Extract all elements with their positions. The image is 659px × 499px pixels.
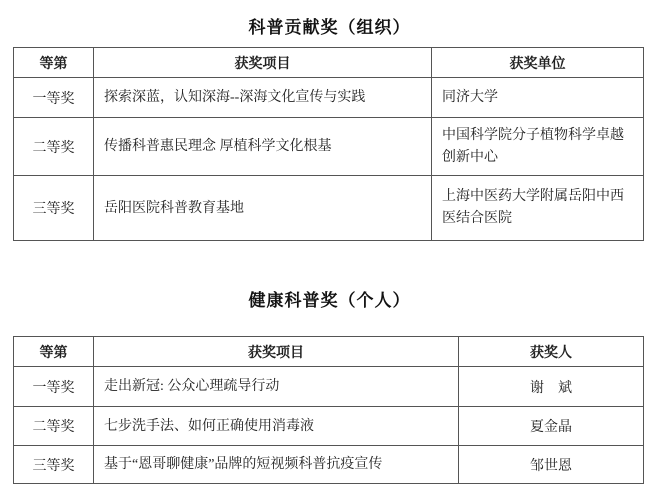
col-header-project: 获奖项目 [94,48,432,78]
person-cell: 谢 斌 [459,367,644,407]
table2-title: 健康科普奖（个人） [0,286,659,311]
rank-cell: 二等奖 [14,407,94,446]
project-cell: 传播科普惠民理念 厚植科学文化根基 [94,118,432,176]
col-header-person: 获奖人 [459,337,644,367]
col-header-project: 获奖项目 [94,337,459,367]
table-row: 三等奖 岳阳医院科普教育基地 上海中医药大学附属岳阳中西医结合医院 [14,176,644,241]
rank-cell: 三等奖 [14,176,94,241]
unit-cell: 中国科学院分子植物科学卓越创新中心 [432,118,644,176]
table2-header-row: 等第 获奖项目 获奖人 [14,337,644,367]
project-cell: 探索深蓝，认知深海--深海文化宣传与实践 [94,78,432,118]
table-row: 三等奖 基于“恩哥聊健康”品牌的短视频科普抗疫宣传 邹世恩 [14,446,644,484]
table-row: 一等奖 走出新冠: 公众心理疏导行动 谢 斌 [14,367,644,407]
col-header-unit: 获奖单位 [432,48,644,78]
unit-cell: 同济大学 [432,78,644,118]
person-cell: 夏金晶 [459,407,644,446]
rank-cell: 三等奖 [14,446,94,484]
col-header-rank: 等第 [14,48,94,78]
project-cell: 走出新冠: 公众心理疏导行动 [94,367,459,407]
person-cell: 邹世恩 [459,446,644,484]
rank-cell: 一等奖 [14,367,94,407]
project-cell: 岳阳医院科普教育基地 [94,176,432,241]
document-page: 科普贡献奖（组织） 等第 获奖项目 获奖单位 一等奖 探索深蓝，认知深海--深海… [0,0,659,499]
table-row: 一等奖 探索深蓝，认知深海--深海文化宣传与实践 同济大学 [14,78,644,118]
table-row: 二等奖 传播科普惠民理念 厚植科学文化根基 中国科学院分子植物科学卓越创新中心 [14,118,644,176]
award-table-individual: 等第 获奖项目 获奖人 一等奖 走出新冠: 公众心理疏导行动 谢 斌 二等奖 七… [13,336,644,484]
rank-cell: 一等奖 [14,78,94,118]
unit-cell: 上海中医药大学附属岳阳中西医结合医院 [432,176,644,241]
table1-title: 科普贡献奖（组织） [0,13,659,38]
table-row: 二等奖 七步洗手法、如何正确使用消毒液 夏金晶 [14,407,644,446]
project-cell: 七步洗手法、如何正确使用消毒液 [94,407,459,446]
col-header-rank: 等第 [14,337,94,367]
project-cell: 基于“恩哥聊健康”品牌的短视频科普抗疫宣传 [94,446,459,484]
rank-cell: 二等奖 [14,118,94,176]
award-table-organization: 等第 获奖项目 获奖单位 一等奖 探索深蓝，认知深海--深海文化宣传与实践 同济… [13,47,644,241]
table1-header-row: 等第 获奖项目 获奖单位 [14,48,644,78]
